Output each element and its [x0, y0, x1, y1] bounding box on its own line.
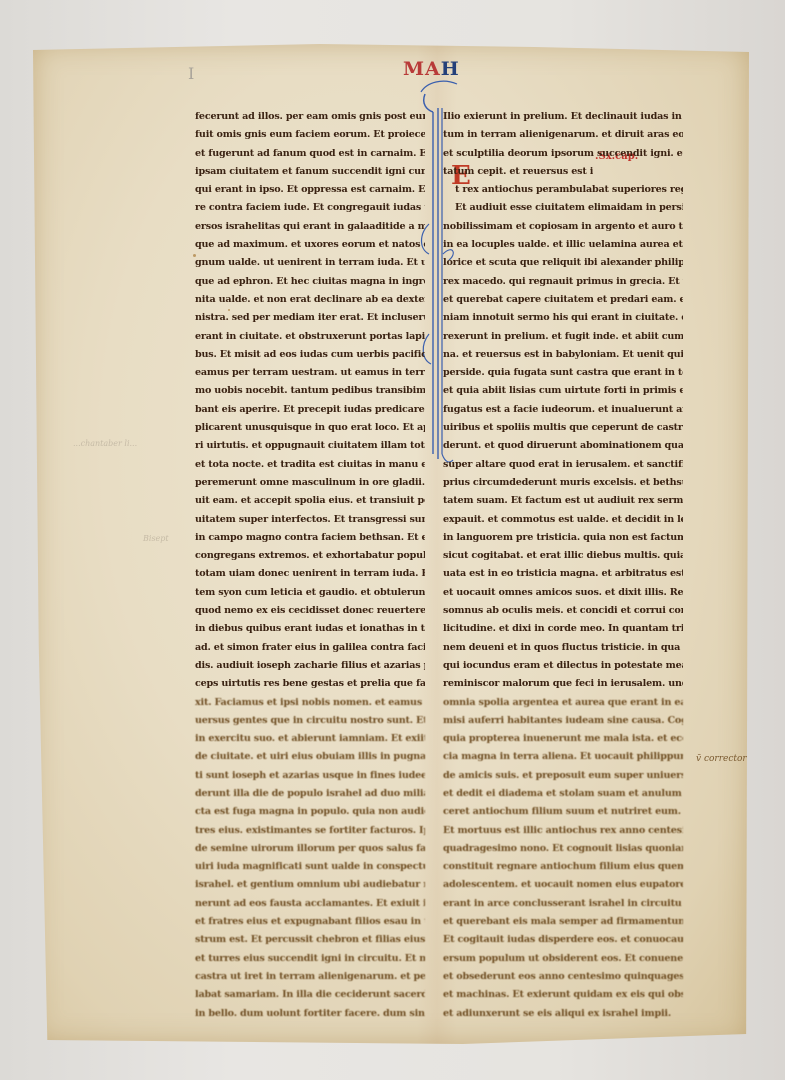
text-line: tatum cepit. et reuersus est in terram i… [443, 163, 593, 181]
text-line: derunt illa die de populo israhel ad duo… [195, 785, 425, 803]
text-line: erant in ciuitate. et obstruxerunt porta… [195, 328, 425, 346]
text-line: quia propterea inuenerunt me mala ista. … [443, 730, 683, 748]
text-line: lorice et scuta que reliquit ibi alexand… [443, 254, 683, 272]
text-line: totam uiam donec uenirent in terram iuda… [195, 565, 425, 583]
text-line: rex macedo. qui regnauit primus in greci… [443, 273, 683, 291]
text-line: et adiunxerunt se eis aliqui ex israhel … [443, 1005, 683, 1023]
foliation-number: I [188, 64, 194, 83]
text-line: de amicis suis. et preposuit eum super u… [443, 767, 683, 785]
text-line: rexerunt in prelium. et fugit inde. et a… [443, 328, 683, 346]
text-line: et fugerunt ad fanum quod est in carnaim… [195, 145, 425, 163]
text-line: perside. quia fugata sunt castra que era… [443, 364, 683, 382]
text-line: Et cogitauit iudas disperdere eos. et co… [443, 931, 683, 949]
text-line: et turres eius succendit igni in circuit… [195, 950, 425, 968]
text-line: ceret antiochum filium suum et nutriret … [443, 803, 683, 821]
text-line: cta est fuga magna in populo. quia non a… [195, 803, 425, 821]
text-line: uiri iuda magnificati sunt ualde in cons… [195, 858, 425, 876]
text-line: de ciuitate. et uiri eius obuiam illis i… [195, 748, 425, 766]
text-line: uiribus et spoliis multis que ceperunt d… [443, 419, 683, 437]
text-line: in diebus quibus erant iudas et ionathas… [195, 620, 425, 638]
text-line: erant in arce conclusserant israhel in c… [443, 895, 683, 913]
text-line: tatem suam. Et factum est ut audiuit rex… [443, 492, 683, 510]
text-line: in languorem pre tristicia. quia non est… [443, 529, 683, 547]
text-line: mo uobis nocebit. tantum pedibus transib… [195, 382, 425, 400]
text-line: et machinas. Et exierunt quidam ex eis q… [443, 986, 683, 1004]
text-line: tem syon cum leticia et gaudio. et obtul… [195, 584, 425, 602]
text-line: et tota nocte. et tradita est ciuitas in… [195, 456, 425, 474]
text-line: que ad maximum. et uxores eorum et natos… [195, 236, 425, 254]
foxing-spot [193, 254, 196, 257]
text-line: tres eius. existimantes se fortiter fact… [195, 822, 425, 840]
text-line: et querebant eis mala semper ad firmamen… [443, 913, 683, 931]
text-line: licitudine. et dixi in corde meo. In qua… [443, 620, 683, 638]
text-line: et quia abiit lisias cum uirtute forti i… [443, 382, 683, 400]
text-line: ri uirtutis. et oppugnauit ciuitatem ill… [195, 437, 425, 455]
text-line: fugatus est a facie iudeorum. et inualue… [443, 401, 683, 419]
text-line: nita ualde. et non erat declinare ab ea … [195, 291, 425, 309]
text-line: bus. Et misit ad eos iudas cum uerbis pa… [195, 346, 425, 364]
text-line: labat samariam. In illa die ceciderunt s… [195, 986, 425, 1004]
text-line: expauit. et commotus est ualde. et decid… [443, 511, 683, 529]
text-line: uersus gentes que in circuitu nostro sun… [195, 712, 425, 730]
text-line: t rex antiochus perambulabat superiores … [443, 181, 683, 199]
text-line: na. et reuersus est in babyloniam. Et ue… [443, 346, 683, 364]
text-line: constituit regnare antiochum filium eius… [443, 858, 683, 876]
manuscript-leaf: I ...chantaber li... Bisept MAH E .Sx.ca… [33, 44, 749, 1044]
text-line: re contra faciem iude. Et congregauit iu… [195, 199, 425, 217]
text-line: derunt. et quod diruerunt abominationem … [443, 437, 683, 455]
text-line: Et mortuus est illic antiochus rex anno … [443, 822, 683, 840]
text-line: ipsam ciuitatem et fanum succendit igni … [195, 163, 425, 181]
text-line: bant eis aperire. Et precepit iudas pred… [195, 401, 425, 419]
text-line: castra ut iret in terram alienigenarum. … [195, 968, 425, 986]
text-line: uata est in eo tristicia magna. et arbit… [443, 565, 683, 583]
text-line: strum est. Et percussit chebron et filia… [195, 931, 425, 949]
text-line: prius circumdederunt muris excelsis. et … [443, 474, 683, 492]
text-line: in bello. dum uolunt fortiter facere. du… [195, 1005, 425, 1023]
text-line: sicut cogitabat. et erat illic diebus mu… [443, 547, 683, 565]
text-line: fecerunt ad illos. per eam omis gnis pos… [195, 108, 425, 126]
text-line: misi auferri habitantes iudeam sine caus… [443, 712, 683, 730]
text-line: et fratres eius et expugnabant filios es… [195, 913, 425, 931]
text-column-left: fecerunt ad illos. per eam omis gnis pos… [195, 108, 425, 1023]
text-line: nobilissimam et copiosam in argento et a… [443, 218, 683, 236]
text-column-right: Ilio exierunt in prelium. Et declinauit … [443, 108, 683, 1023]
text-line: israhel. et gentium omnium ubi audiebatu… [195, 876, 425, 894]
text-line: ersos israhelitas qui erant in galaaditi… [195, 218, 425, 236]
text-line: quod nemo ex eis cecidisset donec reuert… [195, 602, 425, 620]
text-line: in exercitu suo. et abierunt iamniam. Et… [195, 730, 425, 748]
text-line: et uocauit omnes amicos suos. et dixit i… [443, 584, 683, 602]
text-line: et dedit ei diadema et stolam suam et an… [443, 785, 683, 803]
text-line: cia magna in terra aliena. Et uocauit ph… [443, 748, 683, 766]
text-line: in ea locuples ualde. et illic uelamina … [443, 236, 683, 254]
text-line: super altare quod erat in ierusalem. et … [443, 456, 683, 474]
text-line: omnia spolia argentea et aurea que erant… [443, 694, 683, 712]
text-line: tum in terram alienigenarum. et diruit a… [443, 126, 683, 144]
text-line: fuit omis gnis eum faciem eorum. Et proi… [195, 126, 425, 144]
text-line: nem deueni et in quos fluctus tristicie.… [443, 639, 683, 657]
text-line: ad. et simon frater eius in galilea cont… [195, 639, 425, 657]
text-line: dis. audiuit ioseph zacharie filius et a… [195, 657, 425, 675]
text-line: qui iocundus eram et dilectus in potesta… [443, 657, 683, 675]
ghost-margin-note: ...chantaber li... [73, 439, 137, 448]
ghost-margin-note: Bisept [143, 534, 169, 543]
text-line: que ad ephron. Et hec ciuitas magna in i… [195, 273, 425, 291]
text-line: reminiscor malorum que feci in ierusalem… [443, 675, 683, 693]
text-line: de semine uirorum illorum per quos salus… [195, 840, 425, 858]
text-line: Et audiuit esse ciuitatem elimaidam in p… [443, 199, 683, 217]
text-line: plicarent unusquisque in quo erat loco. … [195, 419, 425, 437]
text-line: nistra. sed per mediam iter erat. Et inc… [195, 309, 425, 327]
text-line: peremerunt omne masculinum in ore gladii… [195, 474, 425, 492]
text-line: congregans extremos. et exhortabatur pop… [195, 547, 425, 565]
text-line: Ilio exierunt in prelium. Et declinauit … [443, 108, 683, 126]
text-line: nerunt ad eos fausta acclamantes. Et exi… [195, 895, 425, 913]
text-line: uitatem super interfectos. Et transgress… [195, 511, 425, 529]
text-line: gnum ualde. ut uenirent in terram iuda. … [195, 254, 425, 272]
text-line: ceps uirtutis res bene gestas et prelia … [195, 675, 425, 693]
text-line: ti sunt ioseph et azarias usque in fines… [195, 767, 425, 785]
text-line: adolescentem. et uocauit nomen eius eupa… [443, 876, 683, 894]
text-line: et sculptilia deorum ipsorum succendit i… [443, 145, 683, 163]
text-line: xit. Faciamus et ipsi nobis nomen. et ea… [195, 694, 425, 712]
text-line: et querebat capere ciuitatem et predari … [443, 291, 683, 309]
text-line: uit eam. et accepit spolia eius. et tran… [195, 492, 425, 510]
foxing-spot [228, 309, 230, 311]
text-line: niam innotuit sermo his qui erant in ciu… [443, 309, 683, 327]
text-line: eamus per terram uestram. ut eamus in te… [195, 364, 425, 382]
text-line: qui erant in ipso. Et oppressa est carna… [195, 181, 425, 199]
text-line: in campo magno contra faciem bethsan. Et… [195, 529, 425, 547]
text-line: ersum populum ut obsiderent eos. Et conu… [443, 950, 683, 968]
margin-annotation: v̄ corrector [696, 754, 747, 764]
text-line: quadragesimo nono. Et cognouit lisias qu… [443, 840, 683, 858]
text-line: et obsederunt eos anno centesimo quinqua… [443, 968, 683, 986]
text-line: somnus ab oculis meis. et concidi et cor… [443, 602, 683, 620]
